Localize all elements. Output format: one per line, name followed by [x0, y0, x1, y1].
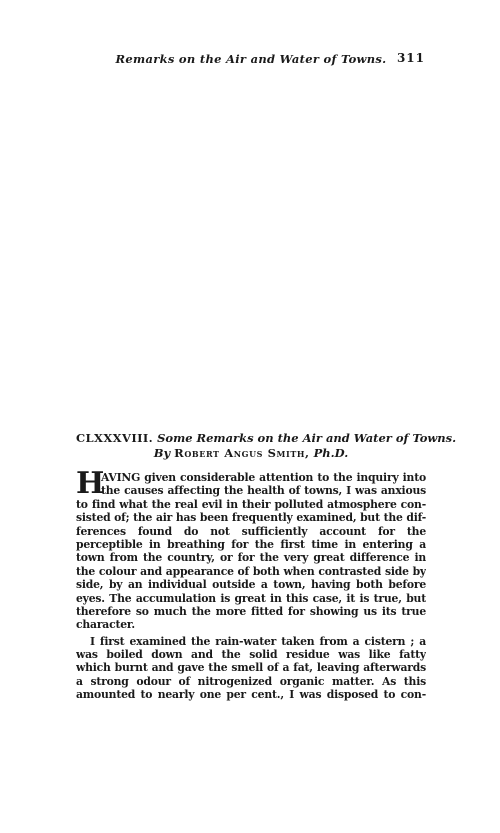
- page-number: 311: [397, 51, 425, 65]
- text-line: ferences found do not sufficiently accou…: [76, 525, 426, 538]
- text-line: to find what the real evil in their poll…: [76, 498, 426, 511]
- paragraph-2: I first examined the rain-water taken fr…: [76, 635, 426, 702]
- article-title-block: CLXXXVIII. Some Remarks on the Air and W…: [76, 431, 426, 461]
- byline-degree: Ph.D.: [310, 446, 349, 460]
- text-line: side, by an individual outside a town, h…: [76, 578, 426, 591]
- text-line: amounted to nearly one per cent., I was …: [76, 688, 426, 701]
- byline-author: Robert Angus Smith,: [174, 446, 310, 460]
- text-line: perceptible in breathing for the first t…: [76, 538, 426, 551]
- document-page: Remarks on the Air and Water of Towns. 3…: [0, 0, 500, 833]
- article-byline: By Robert Angus Smith, Ph.D.: [76, 446, 426, 461]
- article-title-line: CLXXXVIII. Some Remarks on the Air and W…: [76, 431, 426, 446]
- byline-by: By: [154, 446, 174, 460]
- text-line: a strong odour of nitrogenized organic m…: [76, 675, 426, 688]
- text-line: AVING given considerable attention to th…: [101, 471, 426, 484]
- text-line: was boiled down and the solid residue wa…: [76, 648, 426, 661]
- article-title: Some Remarks on the Air and Water of Tow…: [157, 431, 456, 445]
- text-line: the colour and appearance of both when c…: [76, 565, 426, 578]
- drop-cap: H: [76, 471, 99, 498]
- running-header-title: Remarks on the Air and Water of Towns.: [116, 52, 387, 66]
- text-line: which burnt and gave the smell of a fat,…: [76, 661, 426, 674]
- article-number: CLXXXVIII.: [76, 431, 153, 445]
- text-line: sisted of; the air has been frequently e…: [76, 511, 426, 524]
- text-line: character.: [76, 618, 426, 631]
- text-line: therefore so much the more fitted for sh…: [76, 605, 426, 618]
- paragraph-1: H AVING given considerable attention to …: [76, 471, 426, 632]
- text-line: the causes affecting the health of towns…: [101, 484, 426, 497]
- running-header: Remarks on the Air and Water of Towns. 3…: [76, 51, 426, 67]
- text-line: eyes. The accumulation is great in this …: [76, 592, 426, 605]
- text-line: town from the country, or for the very g…: [76, 551, 426, 564]
- article-body: H AVING given considerable attention to …: [76, 471, 426, 702]
- text-line: I first examined the rain-water taken fr…: [76, 635, 426, 648]
